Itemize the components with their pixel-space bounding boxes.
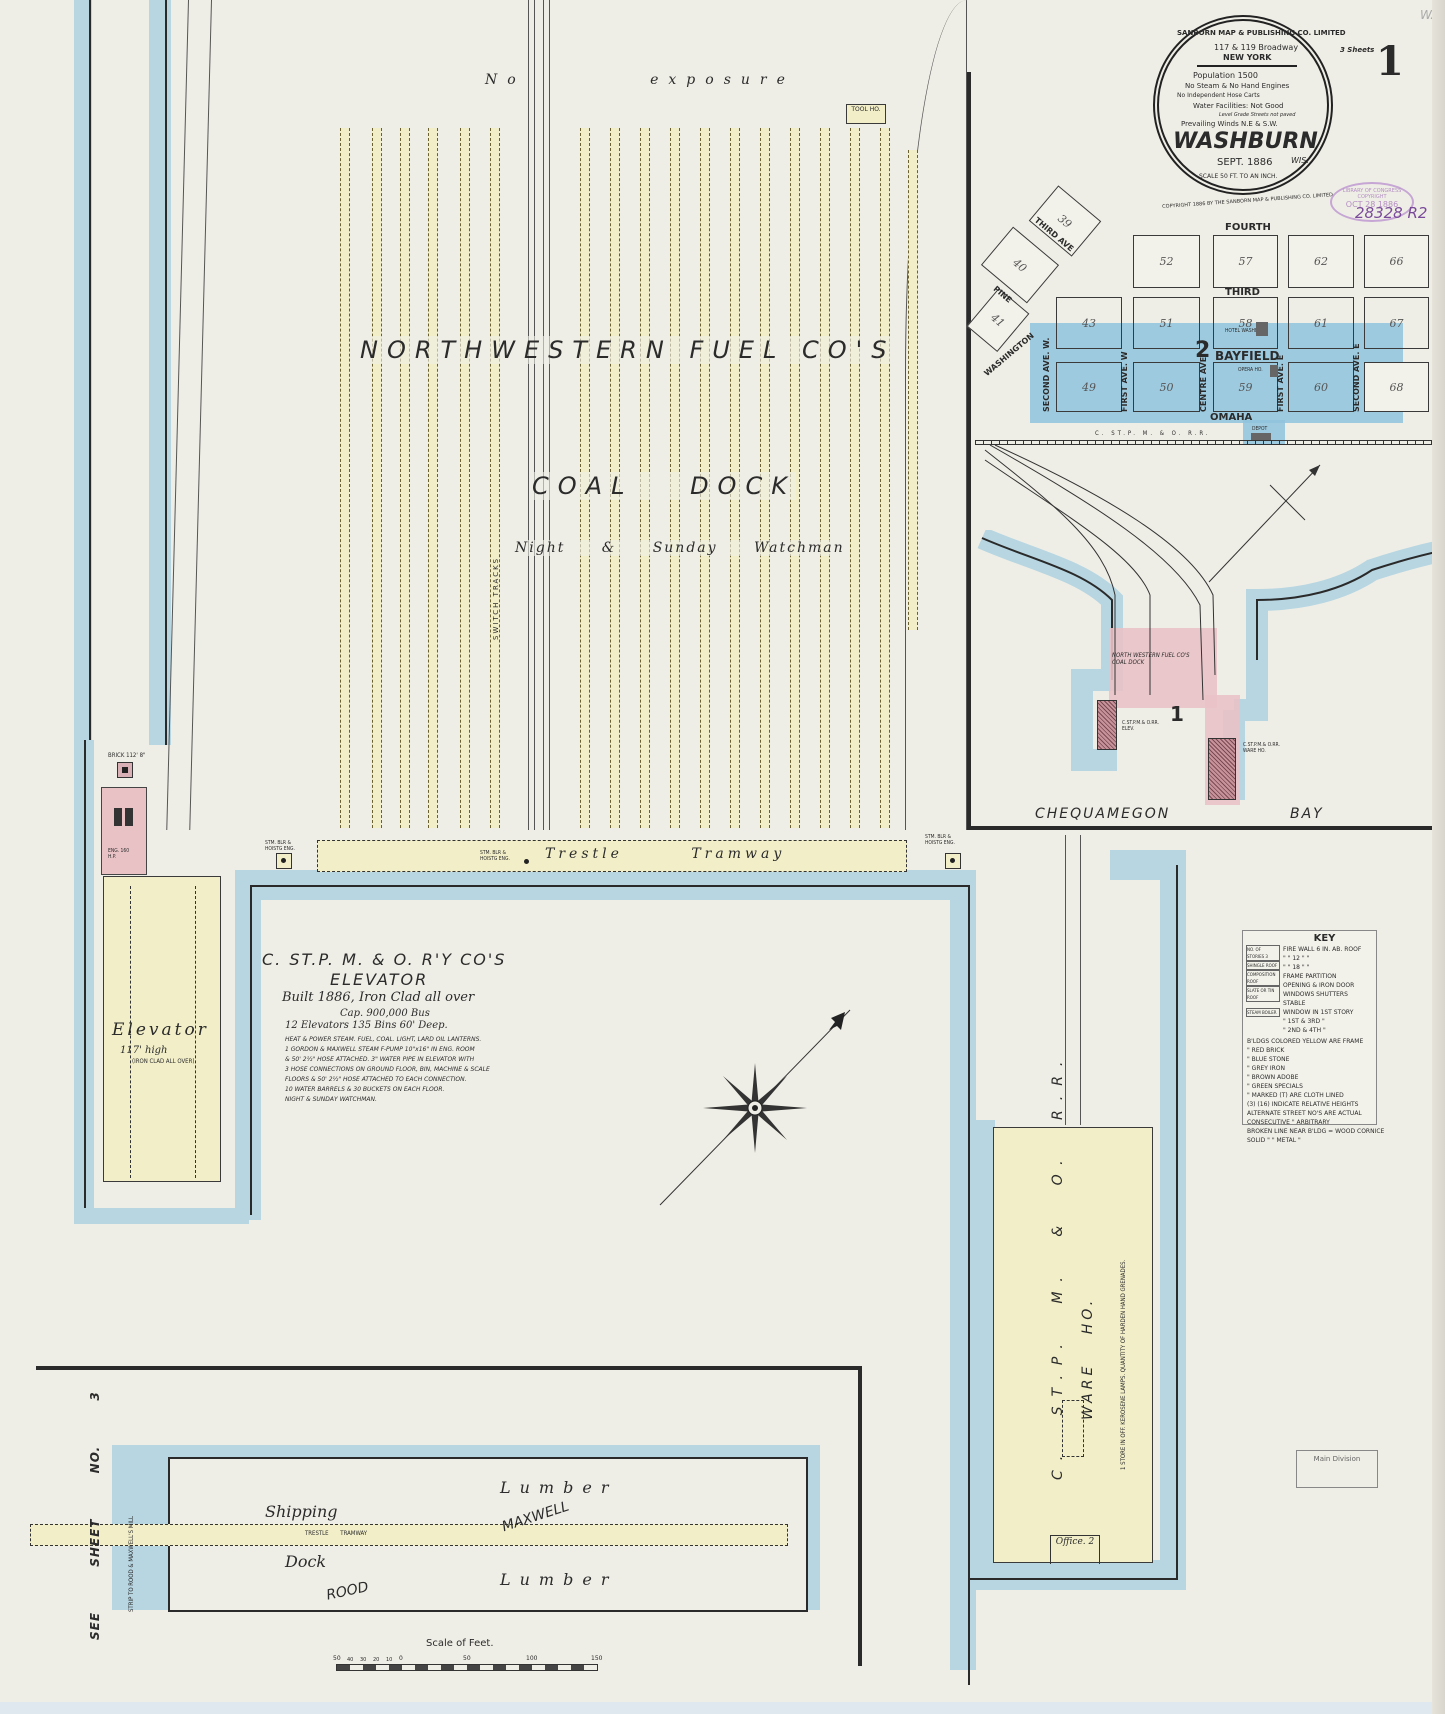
slip-left-line: [250, 885, 252, 1215]
block-62: 62: [1288, 235, 1354, 288]
watchman-note: Night & Sunday Watchman: [515, 540, 845, 556]
water-warehouse-top: [1110, 850, 1180, 880]
inset-railroad-label: C. ST.P. M. & O. R.R.: [1095, 430, 1211, 437]
block-60: 60: [1288, 362, 1354, 412]
engine-house: ENG. 160 H.P.: [101, 787, 147, 875]
trestle-tramway-label: Trestle Tramway: [545, 846, 785, 862]
page-bottom-edge: [0, 1702, 1445, 1714]
cartouche-engines: No Steam & No Hand Engines: [1185, 82, 1289, 90]
see-sheet-3: SEE SHEET NO. 3: [88, 1391, 102, 1640]
warehouse-slip-right: [1176, 865, 1178, 1580]
block-43: 43: [1056, 297, 1122, 349]
street-fourth: FOURTH: [1225, 222, 1271, 233]
street-third: THIRD: [1225, 287, 1260, 298]
water-warehouse-bottom: [975, 1560, 1185, 1590]
street-bayfield: BAYFIELD: [1215, 349, 1279, 363]
elevator-label: Elevator: [112, 1020, 209, 1040]
coal-bins: [0, 0, 1, 1]
warehouse-office: Office. 2: [1050, 1535, 1100, 1564]
inset-warehouse-label: C.ST.P.M.& O.RR. WARE HO.: [1243, 742, 1283, 754]
sheets-total: 3 Sheets: [1340, 46, 1374, 54]
scale-bar: [336, 1664, 598, 1671]
tool-house: TOOL HO.: [846, 104, 886, 124]
elevator-height: 117' high: [120, 1045, 168, 1056]
inset-tracks: [975, 445, 1245, 705]
inset-frame-left: [967, 72, 971, 830]
cartouche-winds: Prevailing Winds N.E & S.W.: [1181, 120, 1278, 128]
hoist-engine-mid-label: STM. BLR & HOISTG ENG.: [480, 850, 520, 862]
shoreline-left-top: [165, 0, 167, 745]
bay-label-1: CHEQUAMEGON: [1035, 806, 1170, 822]
slip-right-line: [968, 885, 970, 1685]
block-68: 68: [1364, 362, 1429, 412]
water-slip-right: [950, 870, 976, 1670]
map-key: KEY NO. OF STORIES 3 SHINGLE ROOF COMPOS…: [1242, 930, 1377, 1125]
cartouche-hose: No Independent Hose Carts: [1177, 92, 1260, 99]
lumber-top-label: Lumber: [500, 1478, 617, 1497]
main-division-stamp: Main Division: [1296, 1450, 1378, 1488]
depot-building: [1251, 433, 1271, 440]
barrels-box: [1062, 1400, 1084, 1457]
cartouche-grade: Level Grade Streets not paved: [1219, 112, 1295, 118]
cartouche-date: SEPT. 1886: [1217, 157, 1272, 168]
warehouse-note: 1 STORE IN OFF. KEROSENE LAMPS. QUANTITY…: [1120, 1260, 1127, 1470]
water-warehouse-left: [975, 1120, 995, 1590]
block-49: 49: [1056, 362, 1122, 412]
depot-label: DEPOT: [1252, 426, 1267, 432]
shoreline-left-2: [84, 740, 86, 1210]
section-divider-vertical: [858, 1366, 862, 1666]
block-67: 67: [1364, 297, 1429, 349]
hoist-engine-left-label: STM. BLR & HOISTG ENG.: [265, 840, 303, 852]
street-second-ave-e: SECOND AVE. E: [1352, 343, 1361, 412]
street-first-ave-w: FIRST AVE. W: [1120, 351, 1129, 412]
cartouche-water: Water Facilities: Not Good: [1193, 102, 1283, 110]
warehouse-slip-bottom: [968, 1578, 1178, 1580]
section-divider: [36, 1366, 862, 1370]
cartouche-address: 117 & 119 Broadway: [1214, 43, 1298, 52]
railroad-tracks-left: [166, 0, 212, 830]
water-left-top: [149, 0, 171, 745]
elevator-desc-title-2: ELEVATOR: [330, 970, 428, 989]
inset-warehouse: [1208, 738, 1236, 800]
shoreline-left: [89, 0, 91, 755]
shipping-label: Shipping: [265, 1502, 338, 1521]
inset-frame-bottom: [967, 826, 1445, 830]
warehouse-tracks: [1065, 835, 1081, 1125]
stamp-handwritten: 28328 R2: [1355, 204, 1427, 222]
sheet-number: 1: [1376, 38, 1404, 85]
block-57: 57: [1213, 235, 1278, 288]
cartouche-town: WASHBURN: [1173, 129, 1318, 154]
warehouse-building: [993, 1127, 1153, 1563]
street-second-ave-w: SECOND AVE. W.: [1042, 338, 1051, 412]
key-title: KEY: [1276, 933, 1373, 944]
water-warehouse-right: [1160, 850, 1186, 1590]
hoist-engine-mid-dot: [524, 859, 529, 864]
elevator-bins: 12 Elevators 135 Bins 60' Deep.: [285, 1020, 448, 1031]
sheet-2-marker: 2: [1195, 338, 1210, 363]
cartouche-scale: SCALE 50 FT. TO AN INCH.: [1199, 173, 1277, 180]
bay-label-2: BAY: [1290, 806, 1324, 822]
street-first-ave-e: FIRST AVE. E: [1276, 355, 1285, 412]
hoist-engine-left: [276, 853, 292, 869]
block-61: 61: [1288, 297, 1354, 349]
lumber-trestle: [30, 1524, 788, 1546]
cartouche-city: NEW YORK: [1223, 53, 1271, 62]
lumber-tramway-label: TRESTLE TRAMWAY: [305, 1530, 367, 1537]
slip-top-line: [250, 885, 970, 887]
opera-building: [1270, 365, 1278, 377]
opera-label: OPERA HO.: [1238, 367, 1263, 373]
hoist-engine-right-label: STM. BLR & HOISTG ENG.: [925, 834, 965, 846]
water-slip-left: [235, 870, 261, 1220]
elevator-built: Built 1886, Iron Clad all over: [282, 990, 474, 1005]
cartouche-population: Population 1500: [1193, 71, 1258, 80]
railroad-tracks-center-2: [534, 0, 544, 830]
compass-rose-icon: [650, 990, 870, 1220]
coal-dock-subtitle: COAL DOCK: [532, 472, 796, 500]
sheet-1-marker: 1: [1170, 702, 1184, 726]
block-50: 50: [1133, 362, 1200, 412]
switch-tracks-label: SWITCH TRACKS: [492, 557, 500, 640]
dock-label: Dock: [285, 1552, 326, 1571]
elevator-clad: (IRON CLAD ALL OVER): [132, 1058, 194, 1065]
street-omaha: OMAHA: [1210, 412, 1252, 423]
elevator-capacity: Cap. 900,000 Bus: [340, 1008, 430, 1019]
cartouche-publisher: SANBORN MAP & PUBLISHING CO. LIMITED: [1177, 29, 1346, 37]
block-52: 52: [1133, 235, 1200, 288]
block-58: 58: [1213, 297, 1278, 349]
hoist-engine-right: [945, 853, 961, 869]
strip-note: STRIP TO ROOD & MAXWELL'S MILL: [128, 1516, 135, 1612]
scale-title: Scale of Feet.: [426, 1638, 494, 1649]
brick-chimney-label: BRICK 112' 8": [108, 752, 145, 759]
page-right-edge: [1432, 0, 1445, 1714]
inset-elevator: [1097, 700, 1117, 750]
block-66: 66: [1364, 235, 1429, 288]
chimney: [117, 762, 133, 778]
lumber-bottom-label: Lumber: [500, 1570, 617, 1589]
block-51: 51: [1133, 297, 1200, 349]
elevator-desc-title: C. ST.P. M. & O. R'Y CO'S: [262, 950, 506, 969]
cartouche-state: WIS.: [1291, 156, 1309, 165]
hotel-building: [1256, 322, 1268, 336]
inset-elevator-label: C.ST.P.M.& O.RR. ELEV.: [1122, 720, 1162, 732]
title-cartouche: SANBORN MAP & PUBLISHING CO. LIMITED 117…: [1153, 15, 1333, 195]
elevator-notes: HEAT & POWER STEAM. FUEL, COAL. LIGHT, L…: [285, 1035, 490, 1105]
water-under-elev: [74, 1208, 249, 1224]
coal-dock-title: NORTHWESTERN FUEL CO'S: [360, 336, 895, 364]
